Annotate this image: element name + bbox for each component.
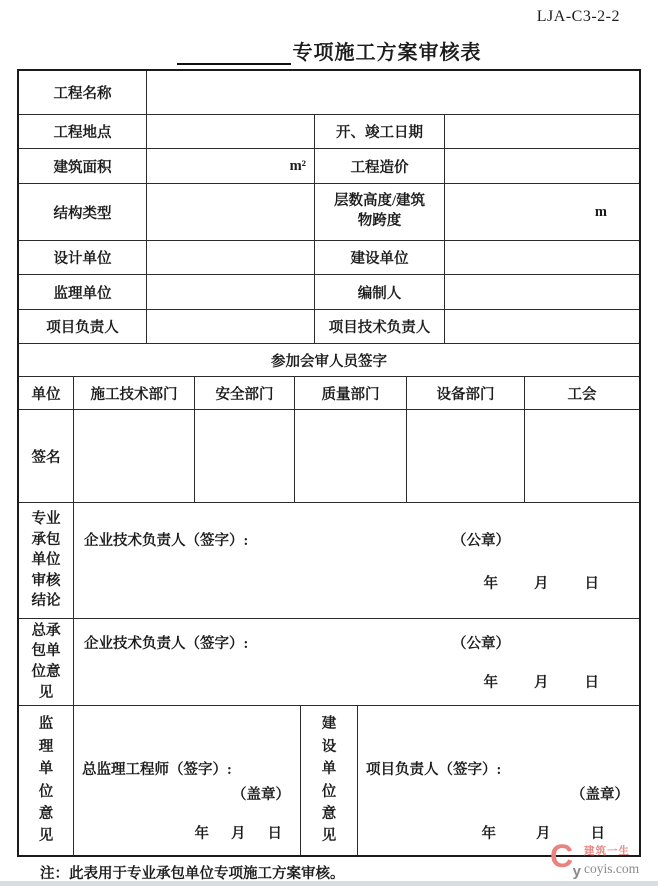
value-project-location bbox=[146, 115, 314, 148]
subcontractor-review-cell: 企业技术负责人（签字）: （公章） 年 月 日 bbox=[73, 503, 639, 618]
signature-cell-safety bbox=[194, 410, 294, 502]
value-project-technical-manager bbox=[444, 310, 639, 343]
form-title: 专项施工方案审核表 bbox=[293, 36, 482, 65]
day-label: 日 bbox=[585, 671, 600, 692]
row-signatures: 签名 bbox=[19, 409, 639, 502]
header-dept-technical: 施工技术部门 bbox=[73, 377, 194, 409]
value-project-manager bbox=[146, 310, 314, 343]
year-label: 年 bbox=[195, 822, 210, 843]
label-project-manager: 项目负责人 bbox=[19, 310, 146, 343]
watermark-site: coyis.com bbox=[584, 861, 639, 877]
label-project-technical-manager: 项目技术负责人 bbox=[314, 310, 444, 343]
header-dept-equipment: 设备部门 bbox=[406, 377, 524, 409]
row-supervision-compiler: 监理单位 编制人 bbox=[19, 274, 639, 309]
row-department-headers: 单位 施工技术部门 安全部门 质量部门 设备部门 工会 bbox=[19, 376, 639, 409]
row-joint-review-title: 参加会审人员签字 bbox=[19, 343, 639, 376]
day-label: 日 bbox=[585, 572, 600, 593]
supervision-seal-label: （盖章） bbox=[82, 783, 294, 804]
year-label: 年 bbox=[482, 822, 497, 843]
construction-seal-label: （盖章） bbox=[366, 783, 633, 804]
value-design-unit bbox=[146, 241, 314, 274]
header-dept-union: 工会 bbox=[524, 377, 639, 409]
label-structure-type: 结构类型 bbox=[19, 184, 146, 240]
chief-supervisor-signer-label: 总监理工程师（签字）: bbox=[82, 758, 294, 779]
signature-cell-equipment bbox=[406, 410, 524, 502]
form-title-row: 专项施工方案审核表 bbox=[0, 36, 658, 65]
signature-cell-union bbox=[524, 410, 639, 502]
label-supervision-unit: 监理单位 bbox=[19, 275, 146, 309]
label-signature: 签名 bbox=[19, 410, 73, 502]
row-supervision-construction-opinions: 监 理 单 位 意 见 总监理工程师（签字）: （盖章） 年 月 日 建 设 单… bbox=[19, 705, 639, 855]
month-label: 月 bbox=[534, 671, 549, 692]
side-label-general-contractor: 总承 包单 位意 见 bbox=[19, 619, 73, 705]
row-location-dates: 工程地点 开、竣工日期 bbox=[19, 114, 639, 148]
month-label: 月 bbox=[534, 572, 549, 593]
year-label: 年 bbox=[484, 572, 499, 593]
subcontractor-date-line: 年 月 日 bbox=[84, 572, 615, 593]
subcontractor-seal-label: （公章） bbox=[452, 529, 510, 550]
day-label: 日 bbox=[268, 822, 283, 843]
title-blank-underline bbox=[177, 41, 291, 65]
doc-code: LJA-C3-2-2 bbox=[537, 8, 620, 26]
month-label: 月 bbox=[536, 822, 551, 843]
supervision-opinion-cell: 总监理工程师（签字）: （盖章） 年 月 日 bbox=[73, 706, 300, 855]
value-construction-unit bbox=[444, 241, 639, 274]
label-start-finish-date: 开、竣工日期 bbox=[314, 115, 444, 148]
value-start-finish-date bbox=[444, 115, 639, 148]
project-manager-signer-label: 项目负责人（签字）: bbox=[366, 758, 633, 779]
label-compiler: 编制人 bbox=[314, 275, 444, 309]
logo-c-glyph: C bbox=[550, 838, 573, 874]
joint-review-title: 参加会审人员签字 bbox=[19, 344, 639, 376]
value-building-area-unit: m² bbox=[146, 149, 314, 183]
header-dept-quality: 质量部门 bbox=[294, 377, 406, 409]
label-project-cost: 工程造价 bbox=[314, 149, 444, 183]
logo-y-glyph: y bbox=[573, 863, 581, 880]
label-construction-unit: 建设单位 bbox=[314, 241, 444, 274]
value-project-cost bbox=[444, 149, 639, 183]
signature-cell-quality bbox=[294, 410, 406, 502]
value-supervision-unit bbox=[146, 275, 314, 309]
label-project-name: 工程名称 bbox=[19, 71, 146, 114]
review-form-table: 工程名称 工程地点 开、竣工日期 建筑面积 m² 工程造价 结构类型 层数高度/… bbox=[17, 69, 641, 857]
construction-opinion-cell: 项目负责人（签字）: （盖章） 年 月 日 bbox=[357, 706, 639, 855]
subcontractor-signer-label: 企业技术负责人（签字）: bbox=[84, 529, 248, 550]
row-general-contractor-opinion: 总承 包单 位意 见 企业技术负责人（签字）: （公章） 年 月 日 bbox=[19, 618, 639, 705]
signature-cell-technical bbox=[73, 410, 194, 502]
supervision-date-line: 年 月 日 bbox=[82, 822, 294, 843]
label-floors-height-span: 层数高度/建筑 物跨度 bbox=[314, 184, 444, 240]
value-height-span-unit: m bbox=[444, 184, 639, 240]
general-contractor-cell: 企业技术负责人（签字）: （公章） 年 月 日 bbox=[73, 619, 639, 705]
coyis-logo-icon: C y bbox=[550, 839, 580, 877]
viewer-bottom-strip bbox=[0, 881, 658, 886]
label-building-area: 建筑面积 bbox=[19, 149, 146, 183]
row-managers: 项目负责人 项目技术负责人 bbox=[19, 309, 639, 343]
value-structure-type bbox=[146, 184, 314, 240]
year-label: 年 bbox=[484, 671, 499, 692]
value-compiler bbox=[444, 275, 639, 309]
side-label-subcontractor-review: 专业 承包 单位 审核 结论 bbox=[19, 503, 73, 618]
general-contractor-signer-label: 企业技术负责人（签字）: bbox=[84, 632, 248, 653]
value-project-name bbox=[146, 71, 639, 114]
row-subcontractor-review: 专业 承包 单位 审核 结论 企业技术负责人（签字）: （公章） 年 月 日 bbox=[19, 502, 639, 618]
header-unit: 单位 bbox=[19, 377, 73, 409]
row-structure-height: 结构类型 层数高度/建筑 物跨度 m bbox=[19, 183, 639, 240]
side-label-construction-opinion: 建 设 单 位 意 见 bbox=[300, 706, 357, 855]
general-contractor-seal-label: （公章） bbox=[452, 632, 510, 653]
watermark-brand: 建筑一生 bbox=[584, 843, 639, 858]
label-design-unit: 设计单位 bbox=[19, 241, 146, 274]
label-project-location: 工程地点 bbox=[19, 115, 146, 148]
footer-note: 注：此表用于专业承包单位专项施工方案审核。 bbox=[40, 862, 345, 883]
month-label: 月 bbox=[231, 822, 246, 843]
side-label-supervision-opinion: 监 理 单 位 意 见 bbox=[19, 706, 73, 855]
general-contractor-date-line: 年 月 日 bbox=[84, 671, 615, 692]
watermark: C y 建筑一生 coyis.com bbox=[550, 839, 639, 877]
row-project-name: 工程名称 bbox=[19, 71, 639, 114]
row-area-cost: 建筑面积 m² 工程造价 bbox=[19, 148, 639, 183]
header-dept-safety: 安全部门 bbox=[194, 377, 294, 409]
row-design-construction: 设计单位 建设单位 bbox=[19, 240, 639, 274]
